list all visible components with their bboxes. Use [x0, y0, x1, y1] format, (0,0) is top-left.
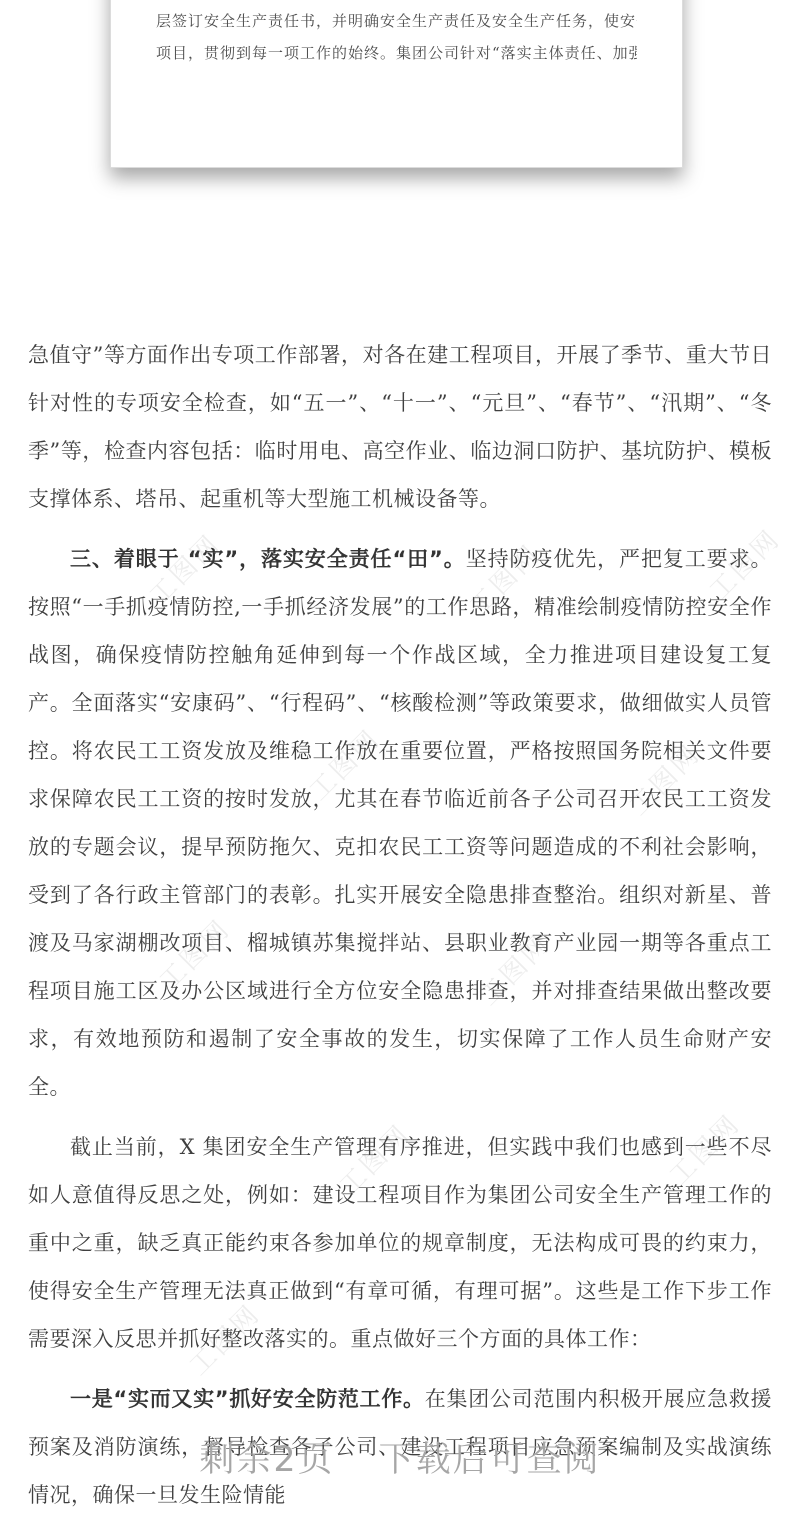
- remaining-pages-count: 剩余2页: [199, 1440, 334, 1480]
- preview-card-line: 层签订安全生产责任书，并明确安全生产责任及安全生产任务，使安全管理工作落实到每一…: [156, 5, 637, 37]
- download-hint: 下载后可查阅: [379, 1440, 601, 1480]
- paragraph-heading-text: 一是“实而又实”抓好安全防范工作。: [70, 1387, 425, 1411]
- preview-card-line: 项目，贯彻到每一项工作的始终。集团公司针对“落实主体责任、加强安全风险防控、做好…: [156, 37, 637, 69]
- paragraph-text: 截止当前，X 集团安全生产管理有序推进，但实践中我们也感到一些不尽如人意值得反思…: [28, 1135, 772, 1351]
- document-paragraph: 三、着眼于 “实”，落实安全责任“田”。坚持防疫优先，严把复工要求。按照“一手抓…: [28, 535, 772, 1111]
- paragraph-heading-text: 三、着眼于 “实”，落实安全责任“田”。: [70, 547, 466, 571]
- page-preview-card: 层签订安全生产责任书，并明确安全生产责任及安全生产任务，使安全管理工作落实到每一…: [110, 0, 683, 168]
- paragraph-text: 坚持防疫优先，严把复工要求。按照“一手抓疫情防控,一手抓经济发展”的工作思路，精…: [28, 547, 772, 1099]
- document-paragraph: 截止当前，X 集团安全生产管理有序推进，但实践中我们也感到一些不尽如人意值得反思…: [28, 1123, 772, 1363]
- paragraph-text: 急值守”等方面作出专项工作部署，对各在建工程项目，开展了季节、重大节日针对性的专…: [28, 343, 772, 511]
- document-body: 急值守”等方面作出专项工作部署，对各在建工程项目，开展了季节、重大节日针对性的专…: [28, 331, 772, 1531]
- remaining-pages-note: 剩余2页下载后可查阅: [0, 1432, 800, 1482]
- document-paragraph: 急值守”等方面作出专项工作部署，对各在建工程项目，开展了季节、重大节日针对性的专…: [28, 331, 772, 523]
